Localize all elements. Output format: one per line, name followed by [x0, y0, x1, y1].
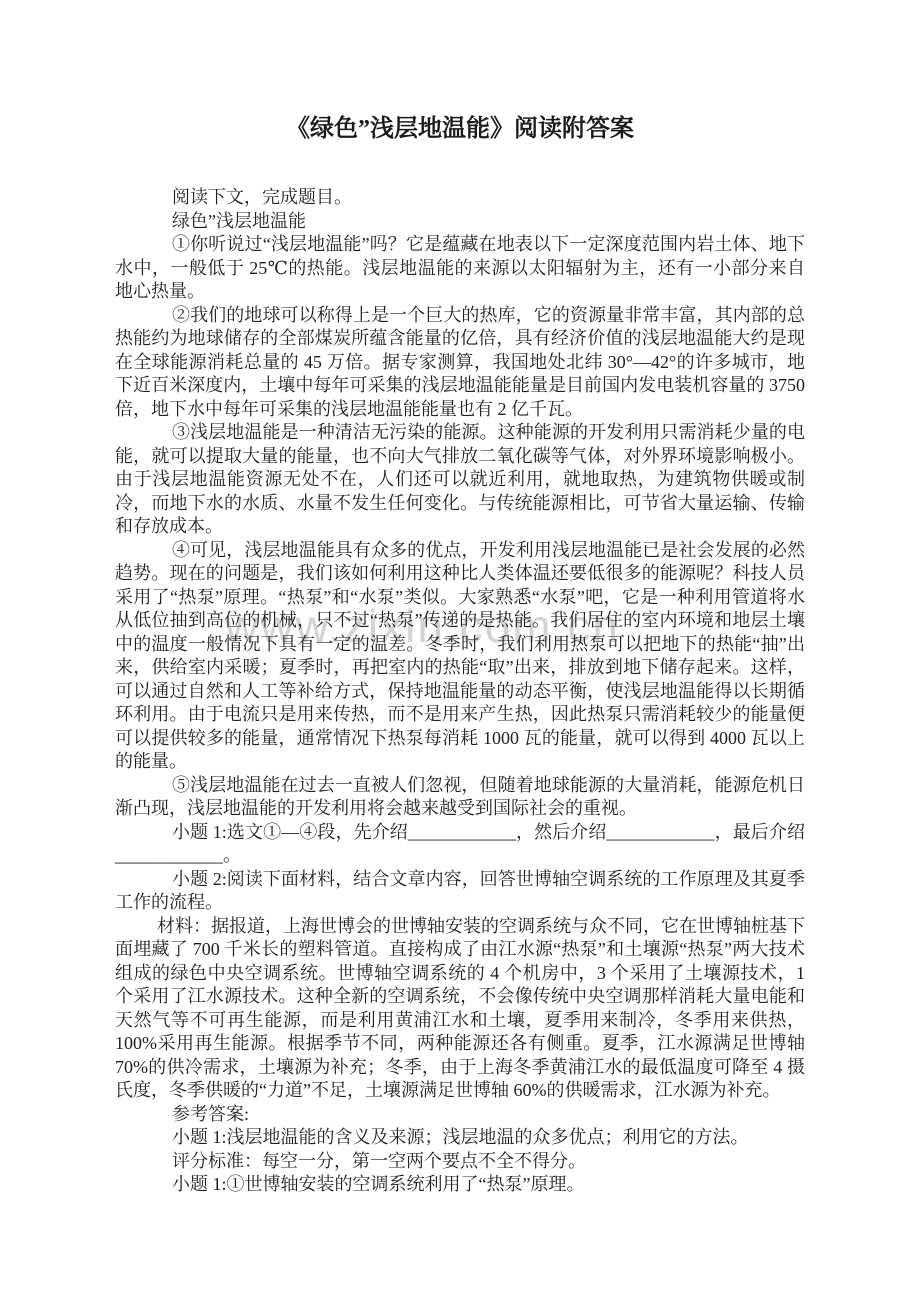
question-1: 小题 1:选文①—④段，先介绍____________，然后介绍________… [115, 821, 805, 868]
paragraph-4: ④可见，浅层地温能具有众多的优点，开发利用浅层地温能已是社会发展的必然趋势。现在… [115, 539, 805, 774]
grading-standard: 评分标准：每空一分，第一空两个要点不全不得分。 [115, 1150, 805, 1174]
document-body: 阅读下文，完成题目。 绿色”浅层地温能 ①你听说过“浅层地温能”吗？它是蕴藏在地… [115, 186, 805, 1197]
paragraph-3: ③浅层地温能是一种清洁无污染的能源。这种能源的开发利用只需消耗少量的电能，就可以… [115, 421, 805, 539]
intro-line-read-prompt: 阅读下文，完成题目。 [115, 186, 805, 210]
document-page: www.zixin.com.cn 《绿色”浅层地温能》阅读附答案 阅读下文，完成… [0, 0, 920, 1302]
answer-1: 小题 1:浅层地温能的含义及来源；浅层地温的众多优点；利用它的方法。 [115, 1126, 805, 1150]
intro-line-passage-title: 绿色”浅层地温能 [115, 210, 805, 234]
material-paragraph: 材料：据报道，上海世博会的世博轴安装的空调系统与众不同，它在世博轴桩基下面埋藏了… [115, 915, 805, 1103]
document-title: 《绿色”浅层地温能》阅读附答案 [0, 113, 920, 145]
paragraph-2: ②我们的地球可以称得上是一个巨大的热库，它的资源量非常丰富，其内部的总热能约为地… [115, 304, 805, 422]
reference-answers-header: 参考答案: [115, 1103, 805, 1127]
paragraph-5: ⑤浅层地温能在过去一直被人们忽视，但随着地球能源的大量消耗，能源危机日渐凸现，浅… [115, 774, 805, 821]
paragraph-1: ①你听说过“浅层地温能”吗？它是蕴藏在地表以下一定深度范围内岩土体、地下水中，一… [115, 233, 805, 304]
answer-2: 小题 1:①世博轴安装的空调系统利用了“热泵”原理。 [115, 1173, 805, 1197]
question-2: 小题 2:阅读下面材料，结合文章内容，回答世博轴空调系统的工作原理及其夏季工作的… [115, 868, 805, 915]
